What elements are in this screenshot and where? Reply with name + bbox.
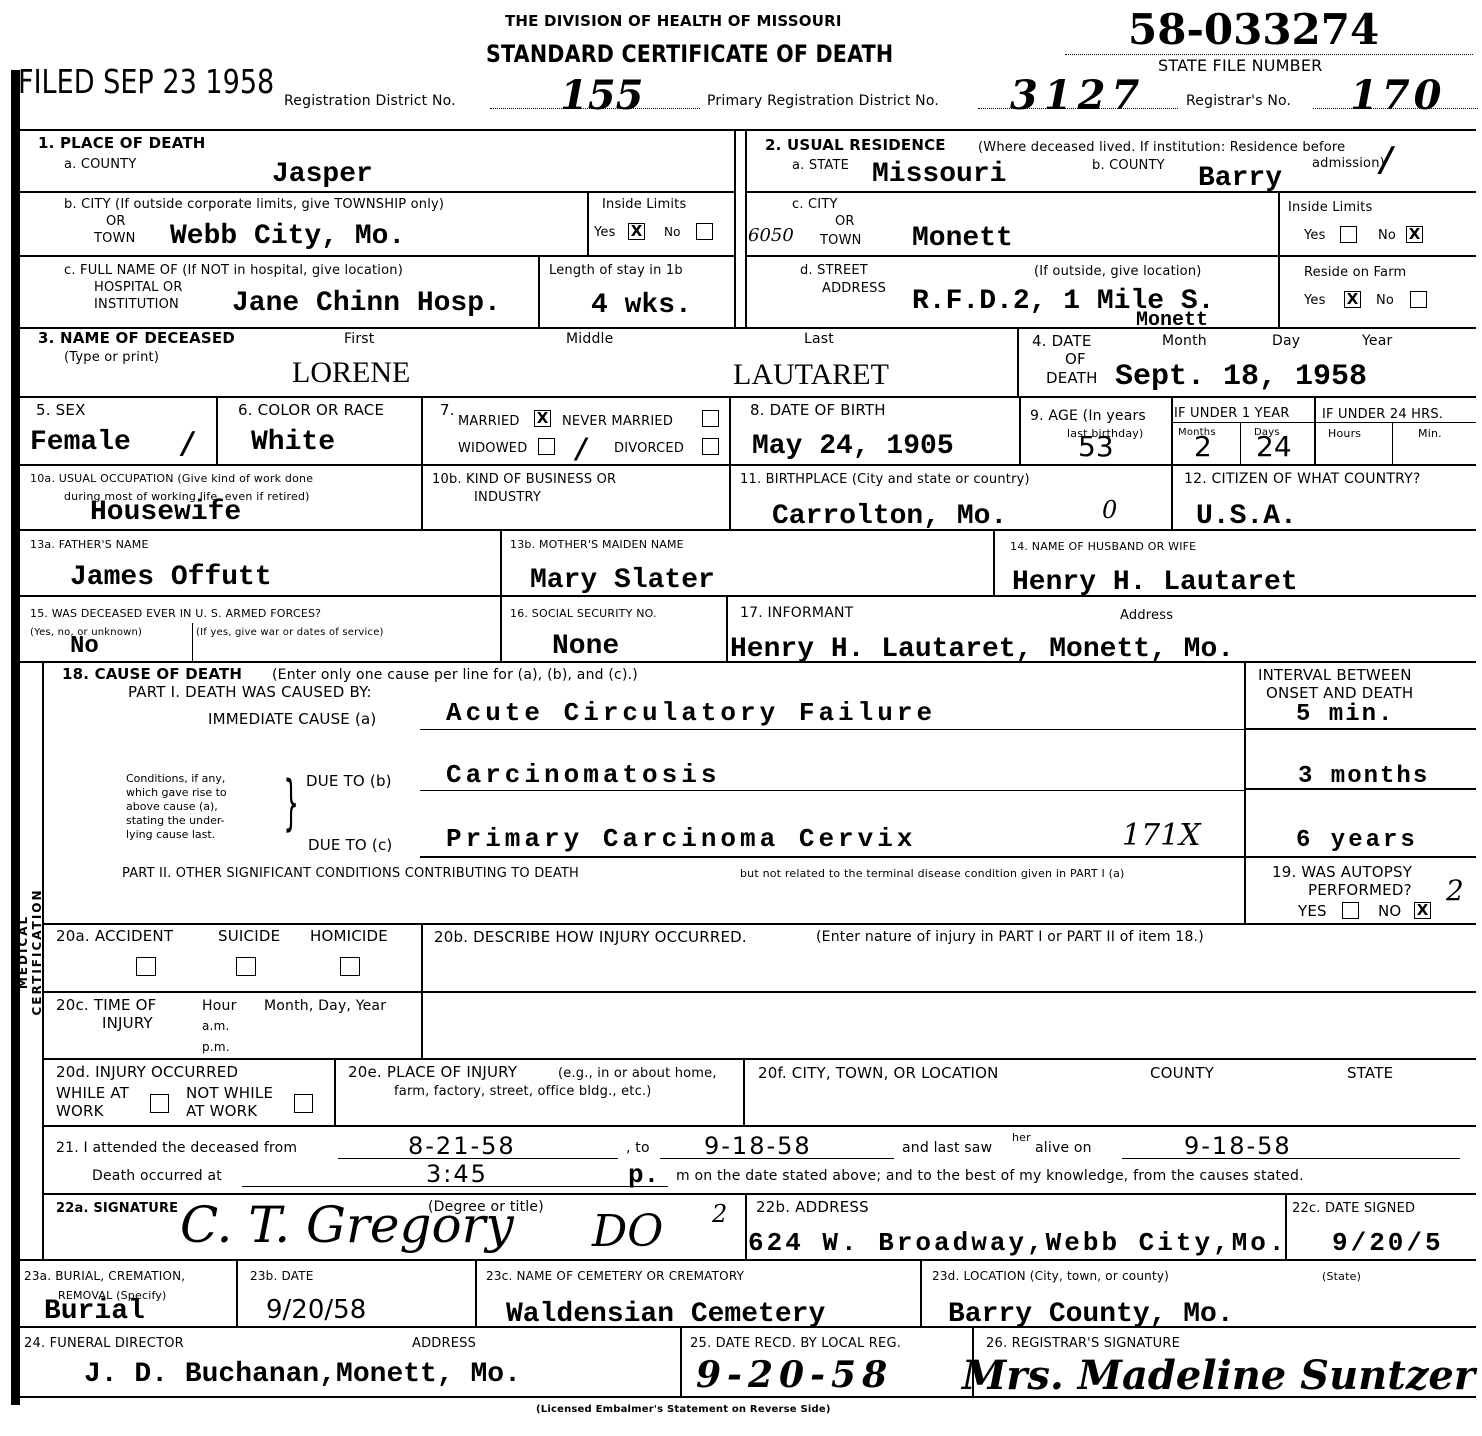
date-of-death-label-2: OF xyxy=(1065,352,1086,367)
suicide-checkbox[interactable] xyxy=(236,957,256,976)
street-address-overflow: Monett xyxy=(1136,306,1208,336)
rule xyxy=(1171,422,1476,423)
rule xyxy=(421,396,423,530)
registrar-signature: Mrs. Madeline Suntzer xyxy=(962,1352,1475,1399)
inside-yes-label: Yes xyxy=(594,225,616,240)
residence-city-code: 6050 xyxy=(748,225,794,246)
place-of-injury-label: 20e. PLACE OF INJURY xyxy=(348,1065,517,1080)
rule xyxy=(42,1193,1476,1195)
pronoun: her xyxy=(1012,1131,1031,1144)
rule xyxy=(1314,396,1316,464)
year-label: Year xyxy=(1362,334,1392,349)
death-city-label: b. CITY (If outside corporate limits, gi… xyxy=(64,197,444,212)
date-signed-label: 22c. DATE SIGNED xyxy=(1292,1201,1415,1216)
rule xyxy=(475,1259,477,1326)
rule xyxy=(20,129,1476,131)
state-file-line xyxy=(1065,54,1473,55)
autopsy-yes-checkbox[interactable] xyxy=(1342,902,1359,919)
rule xyxy=(334,1058,336,1125)
rule xyxy=(1019,396,1021,464)
father-name: James Offutt xyxy=(70,563,272,593)
father-label: 13a. FATHER'S NAME xyxy=(30,538,149,551)
filed-bar xyxy=(11,70,20,1405)
autopsy-code: 2 xyxy=(1446,874,1464,907)
rule xyxy=(726,595,728,661)
under-1-year-label: IF UNDER 1 YEAR xyxy=(1174,407,1290,420)
rule xyxy=(587,191,589,255)
divorced-label: DIVORCED xyxy=(614,441,684,456)
death-city-town: TOWN xyxy=(94,231,136,246)
inside-no-label: No xyxy=(664,225,681,240)
ssn-label: 16. SOCIAL SECURITY NO. xyxy=(510,607,657,620)
registrar-signature-label: 26. REGISTRAR'S SIGNATURE xyxy=(986,1337,1180,1350)
day-label: Day xyxy=(1272,334,1300,349)
never-married-checkbox[interactable] xyxy=(702,410,719,427)
part-1-label: PART I. DEATH WAS CAUSED BY: xyxy=(128,685,372,700)
death-ampm: p. xyxy=(628,1160,659,1190)
conditions-note-line: Conditions, if any, xyxy=(126,772,227,786)
citizen: U.S.A. xyxy=(1196,502,1297,532)
certificate-title: STANDARD CERTIFICATE OF DEATH xyxy=(486,40,893,68)
rule xyxy=(20,1259,1476,1261)
last-name: LAUTARET xyxy=(733,358,889,392)
farm-yes-label: Yes xyxy=(1304,293,1326,308)
rule xyxy=(20,191,736,193)
under-24-hrs-label: IF UNDER 24 HRS. xyxy=(1322,407,1443,422)
due-to-b: Carcinomatosis xyxy=(446,760,720,790)
conditions-note: Conditions, if any, which gave rise to a… xyxy=(126,772,227,842)
rule xyxy=(734,129,736,329)
rule xyxy=(236,1259,238,1326)
informant-address-label: Address xyxy=(1120,608,1173,623)
cemetery-label: 23c. NAME OF CEMETERY OR CREMATORY xyxy=(486,1270,744,1283)
not-while-at-work-label-2: AT WORK xyxy=(186,1104,257,1119)
age-months: 2 xyxy=(1194,430,1212,463)
race: White xyxy=(251,428,335,458)
hospital-label-2: HOSPITAL OR xyxy=(94,280,183,295)
registration-district-value: 155 xyxy=(560,72,644,119)
date-of-death-label: 4. DATE xyxy=(1032,334,1092,349)
death-city: Webb City, Mo. xyxy=(170,222,405,252)
injury-occurred-label: 20d. INJURY OCCURRED xyxy=(56,1065,238,1080)
residence-inside-limits-label: Inside Limits xyxy=(1288,200,1372,215)
married-label: MARRIED xyxy=(458,414,520,429)
place-of-injury-note: (e.g., in or about home, xyxy=(558,1066,717,1081)
usual-residence-note-2: admission) xyxy=(1312,156,1385,171)
business-label-2: INDUSTRY xyxy=(474,490,541,505)
attended-label: 21. I attended the deceased from xyxy=(56,1141,297,1156)
rule xyxy=(42,1058,1476,1060)
rule xyxy=(1392,422,1393,464)
injury-description-label: 20b. DESCRIBE HOW INJURY OCCURRED. xyxy=(434,930,747,945)
residence-inside-yes-checkbox[interactable] xyxy=(1340,226,1357,243)
hours-label: Hours xyxy=(1328,427,1361,440)
rule xyxy=(745,191,1476,193)
part-2-note: but not related to the terminal disease … xyxy=(740,867,1125,880)
rule xyxy=(920,1259,922,1326)
rule xyxy=(993,529,995,595)
due-to-c-code: 171X xyxy=(1122,818,1201,853)
primary-district-value: 3127 xyxy=(1010,72,1145,119)
length-of-stay-label: Length of stay in 1b xyxy=(549,263,683,278)
farm-yes-checkbox[interactable]: X xyxy=(1344,291,1361,308)
due-to-c: Primary Carcinoma Cervix xyxy=(446,824,916,854)
suicide-label: SUICIDE xyxy=(218,929,280,944)
conditions-note-line: which gave rise to xyxy=(126,786,227,800)
immediate-cause-label: IMMEDIATE CAUSE (a) xyxy=(208,712,376,727)
residence-no-label: No xyxy=(1378,228,1396,243)
residence-state-label: a. STATE xyxy=(792,158,849,173)
farm-no-checkbox[interactable] xyxy=(1410,291,1427,308)
conditions-note-line: above cause (a), xyxy=(126,800,227,814)
physician-signature: C. T. Gregory xyxy=(180,1196,514,1254)
armed-forces-label: 15. WAS DECEASED EVER IN U. S. ARMED FOR… xyxy=(30,607,321,620)
homicide-checkbox[interactable] xyxy=(340,957,360,976)
informant-label: 17. INFORMANT xyxy=(740,606,853,621)
rule xyxy=(420,856,1476,858)
homicide-label: HOMICIDE xyxy=(310,929,388,944)
physician-address-label: 22b. ADDRESS xyxy=(756,1200,869,1215)
rule xyxy=(192,623,193,661)
rule xyxy=(745,255,1476,257)
place-of-death-label: 1. PLACE OF DEATH xyxy=(38,136,206,151)
attendance-statement: m on the date stated above; and to the b… xyxy=(676,1169,1304,1184)
death-city-or: OR xyxy=(106,214,126,229)
rule xyxy=(745,129,747,329)
residence-city: Monett xyxy=(912,224,1013,254)
residence-check-mark: / xyxy=(1380,140,1392,180)
occupation: Housewife xyxy=(90,498,241,528)
registrars-no-value: 170 xyxy=(1350,72,1446,119)
armed-forces: No xyxy=(70,632,99,662)
date-of-death: Sept. 18, 1958 xyxy=(1115,362,1367,392)
hour-label: Hour xyxy=(202,999,237,1014)
spouse-name: Henry H. Lautaret xyxy=(1012,568,1298,598)
rule xyxy=(42,923,1476,925)
place-of-injury-note-2: farm, factory, street, office bldg., etc… xyxy=(394,1084,652,1099)
embalmer-footer-note: (Licensed Embalmer's Statement on Revers… xyxy=(536,1404,831,1416)
rule xyxy=(680,1326,682,1396)
alive-on-label: alive on xyxy=(1035,1141,1092,1156)
burial-date: 9/20/58 xyxy=(266,1295,366,1325)
usual-residence-note: (Where deceased lived. If institution: R… xyxy=(978,140,1345,155)
widowed-checkbox[interactable] xyxy=(538,438,555,455)
autopsy-label: 19. WAS AUTOPSY xyxy=(1272,865,1412,880)
street-note: (If outside, give location) xyxy=(1034,264,1202,279)
conditions-note-line: stating the under- xyxy=(126,814,227,828)
farm-label: Reside on Farm xyxy=(1304,265,1406,280)
rule xyxy=(1244,661,1246,923)
sex-mark: / xyxy=(182,426,193,461)
injury-description-note: (Enter nature of injury in PART I or PAR… xyxy=(816,930,1204,945)
registrars-no-label: Registrar's No. xyxy=(1186,94,1291,109)
spouse-label: 14. NAME OF HUSBAND OR WIFE xyxy=(1010,540,1196,553)
last-saw-date: 9-18-58 xyxy=(1184,1132,1292,1160)
accident-label: 20a. ACCIDENT xyxy=(56,929,173,944)
min-label: Min. xyxy=(1418,427,1442,440)
rule xyxy=(20,255,736,257)
residence-inside-no-checkbox[interactable]: X xyxy=(1406,226,1423,243)
residence-city-or: OR xyxy=(835,214,855,229)
rule xyxy=(745,1193,747,1259)
injury-city-label: 20f. CITY, TOWN, OR LOCATION xyxy=(758,1066,999,1081)
death-time: 3:45 xyxy=(426,1160,488,1188)
medical-certification-side-label: MEDICAL CERTIFICATION xyxy=(16,852,44,1052)
pm-label: p.m. xyxy=(202,1040,230,1055)
funeral-director: J. D. Buchanan,Monett, Mo. xyxy=(84,1360,521,1390)
time-of-injury-label: 20c. TIME OF xyxy=(56,998,156,1013)
marital-mark: / xyxy=(576,432,586,465)
mother-label: 13b. MOTHER'S MAIDEN NAME xyxy=(510,538,684,551)
usual-residence-label: 2. USUAL RESIDENCE xyxy=(765,138,946,153)
farm-no-label: No xyxy=(1376,293,1394,308)
mother-name: Mary Slater xyxy=(530,566,715,596)
date-received: 9-20-58 xyxy=(696,1354,893,1396)
immediate-cause-line xyxy=(420,729,1244,730)
physician-address: 624 W. Broadway,Webb City,Mo. xyxy=(748,1228,1287,1258)
interval-a: 5 min. xyxy=(1296,700,1394,730)
autopsy-label-2: PERFORMED? xyxy=(1308,883,1412,898)
burial-location: Barry County, Mo. xyxy=(948,1300,1234,1330)
rule xyxy=(538,255,540,327)
inside-limits-no-checkbox[interactable] xyxy=(696,223,713,240)
middle-name-label: Middle xyxy=(566,332,613,347)
rule xyxy=(20,396,1476,398)
cemetery: Waldensian Cemetery xyxy=(506,1300,825,1330)
date-of-birth: May 24, 1905 xyxy=(752,432,954,462)
residence-state: Missouri xyxy=(872,160,1006,190)
residence-county-label: b. COUNTY xyxy=(1092,158,1165,173)
while-at-work-label-2: WORK xyxy=(56,1104,104,1119)
interval-c: 6 years xyxy=(1296,826,1418,856)
age-days: 24 xyxy=(1256,430,1292,463)
rule xyxy=(1240,422,1241,464)
business-label: 10b. KIND OF BUSINESS OR xyxy=(432,472,616,487)
primary-district-label: Primary Registration District No. xyxy=(707,94,939,109)
state-file-number: 58-033274 xyxy=(1128,8,1379,52)
rule xyxy=(1171,396,1173,530)
autopsy-yes-label: YES xyxy=(1298,904,1327,919)
interval-label-2: ONSET AND DEATH xyxy=(1266,686,1413,701)
month-day-year-label: Month, Day, Year xyxy=(264,999,386,1014)
rule xyxy=(42,991,1476,993)
birthplace-code: 0 xyxy=(1102,496,1117,524)
hospital-label-3: INSTITUTION xyxy=(94,297,179,312)
married-checkbox[interactable]: X xyxy=(534,410,551,427)
attended-to: 9-18-58 xyxy=(704,1132,812,1160)
cause-of-death-label: 18. CAUSE OF DEATH xyxy=(62,667,242,682)
inside-limits-label: Inside Limits xyxy=(602,197,686,212)
month-label: Month xyxy=(1162,334,1207,349)
informant: Henry H. Lautaret, Monett, Mo. xyxy=(730,635,1234,665)
cause-of-death-note: (Enter only one cause per line for (a), … xyxy=(272,668,638,683)
residence-yes-label: Yes xyxy=(1304,228,1326,243)
injury-state-label: STATE xyxy=(1347,1066,1393,1081)
due-to-b-label: DUE TO (b) xyxy=(306,774,392,789)
last-saw-label: and last saw xyxy=(902,1141,992,1156)
accident-checkbox[interactable] xyxy=(136,957,156,976)
due-to-b-line xyxy=(420,790,1244,791)
filed-stamp: FILED SEP 23 1958 xyxy=(18,63,274,101)
sex-label: 5. SEX xyxy=(36,403,86,418)
rule xyxy=(729,396,731,530)
immediate-cause: Acute Circulatory Failure xyxy=(446,698,936,728)
death-at-label: Death occurred at xyxy=(92,1169,222,1184)
rule xyxy=(42,1125,1476,1127)
never-married-label: NEVER MARRIED xyxy=(562,414,673,429)
rule xyxy=(20,327,1476,329)
hospital-name: Jane Chinn Hosp. xyxy=(232,289,501,319)
autopsy-no-checkbox[interactable]: X xyxy=(1414,902,1431,919)
physician-degree-code: 2 xyxy=(712,1200,727,1228)
armed-forces-note-2: (If yes, give war or dates of service) xyxy=(196,627,384,639)
rule xyxy=(1278,191,1280,329)
conditions-brace: } xyxy=(283,768,298,838)
injury-county-label: COUNTY xyxy=(1150,1066,1214,1081)
burial-location-label: 23d. LOCATION (City, town, or county) xyxy=(932,1270,1169,1283)
street-label: d. STREET xyxy=(800,263,868,278)
age-label: 9. AGE (In years xyxy=(1030,409,1146,424)
date-received-label: 25. DATE RECD. BY LOCAL REG. xyxy=(690,1337,901,1350)
first-name-label: First xyxy=(344,332,374,347)
first-name: LORENE xyxy=(292,356,410,390)
interval-b: 3 months xyxy=(1298,762,1429,792)
rule xyxy=(216,396,218,464)
divorced-checkbox[interactable] xyxy=(702,438,719,455)
birthplace: Carrolton, Mo. xyxy=(772,502,1007,532)
last-name-label: Last xyxy=(804,332,834,347)
part-2-label: PART II. OTHER SIGNIFICANT CONDITIONS CO… xyxy=(122,866,579,881)
marital-label: 7. xyxy=(440,403,455,418)
funeral-director-label: 24. FUNERAL DIRECTOR xyxy=(24,1337,184,1350)
burial-date-label: 23b. DATE xyxy=(250,1270,314,1283)
autopsy-no-label: NO xyxy=(1378,904,1401,919)
deceased-name-label: 3. NAME OF DECEASED xyxy=(38,331,235,346)
conditions-note-line: lying cause last. xyxy=(126,828,227,842)
length-of-stay: 4 wks. xyxy=(591,291,692,321)
residence-county: Barry xyxy=(1198,164,1282,194)
burial-method: Burial xyxy=(44,1297,145,1327)
race-label: 6. COLOR OR RACE xyxy=(238,403,384,418)
burial-state-label: (State) xyxy=(1322,1270,1361,1283)
residence-city-label: c. CITY xyxy=(792,197,838,212)
physician-degree: DO xyxy=(592,1206,663,1257)
funeral-address-label: ADDRESS xyxy=(412,1337,476,1350)
rule xyxy=(20,464,1476,466)
not-while-at-work-label: NOT WHILE xyxy=(186,1086,273,1101)
sex: Female xyxy=(30,428,131,458)
death-county: Jasper xyxy=(272,160,373,190)
while-at-work-checkbox[interactable] xyxy=(150,1094,169,1113)
division-heading: THE DIVISION OF HEALTH OF MISSOURI xyxy=(505,14,842,29)
ssn: None xyxy=(552,632,619,662)
age: 53 xyxy=(1078,430,1114,463)
citizen-label: 12. CITIZEN OF WHAT COUNTRY? xyxy=(1184,472,1421,487)
registration-district-label: Registration District No. xyxy=(284,94,456,109)
residence-city-town: TOWN xyxy=(820,233,862,248)
while-at-work-label: WHILE AT xyxy=(56,1086,129,1101)
death-county-label: a. COUNTY xyxy=(64,157,136,172)
occupation-label: 10a. USUAL OCCUPATION (Give kind of work… xyxy=(30,472,313,485)
time-of-injury-label-2: INJURY xyxy=(102,1016,153,1031)
hospital-label: c. FULL NAME OF (If NOT in hospital, giv… xyxy=(64,263,403,278)
rule xyxy=(1017,327,1019,397)
dob-label: 8. DATE OF BIRTH xyxy=(750,403,886,418)
inside-limits-yes-checkbox[interactable]: X xyxy=(628,223,645,240)
birthplace-label: 11. BIRTHPLACE (City and state or countr… xyxy=(740,472,1030,487)
street-label-2: ADDRESS xyxy=(822,281,886,296)
signature-label: 22a. SIGNATURE xyxy=(56,1201,178,1216)
not-while-at-work-checkbox[interactable] xyxy=(294,1094,313,1113)
date-of-death-label-3: DEATH xyxy=(1046,371,1098,386)
burial-method-label: 23a. BURIAL, CREMATION, xyxy=(24,1270,185,1283)
rule xyxy=(743,1058,745,1125)
am-label: a.m. xyxy=(202,1019,229,1034)
deceased-name-note: (Type or print) xyxy=(64,350,159,365)
widowed-label: WIDOWED xyxy=(458,441,527,456)
interval-label: INTERVAL BETWEEN xyxy=(1258,668,1412,683)
to-label: , to xyxy=(626,1141,650,1156)
attended-from: 8-21-58 xyxy=(408,1132,516,1160)
state-file-number-label: STATE FILE NUMBER xyxy=(1158,58,1322,73)
date-signed: 9/20/5 xyxy=(1332,1228,1444,1258)
due-to-c-label: DUE TO (c) xyxy=(308,838,392,853)
